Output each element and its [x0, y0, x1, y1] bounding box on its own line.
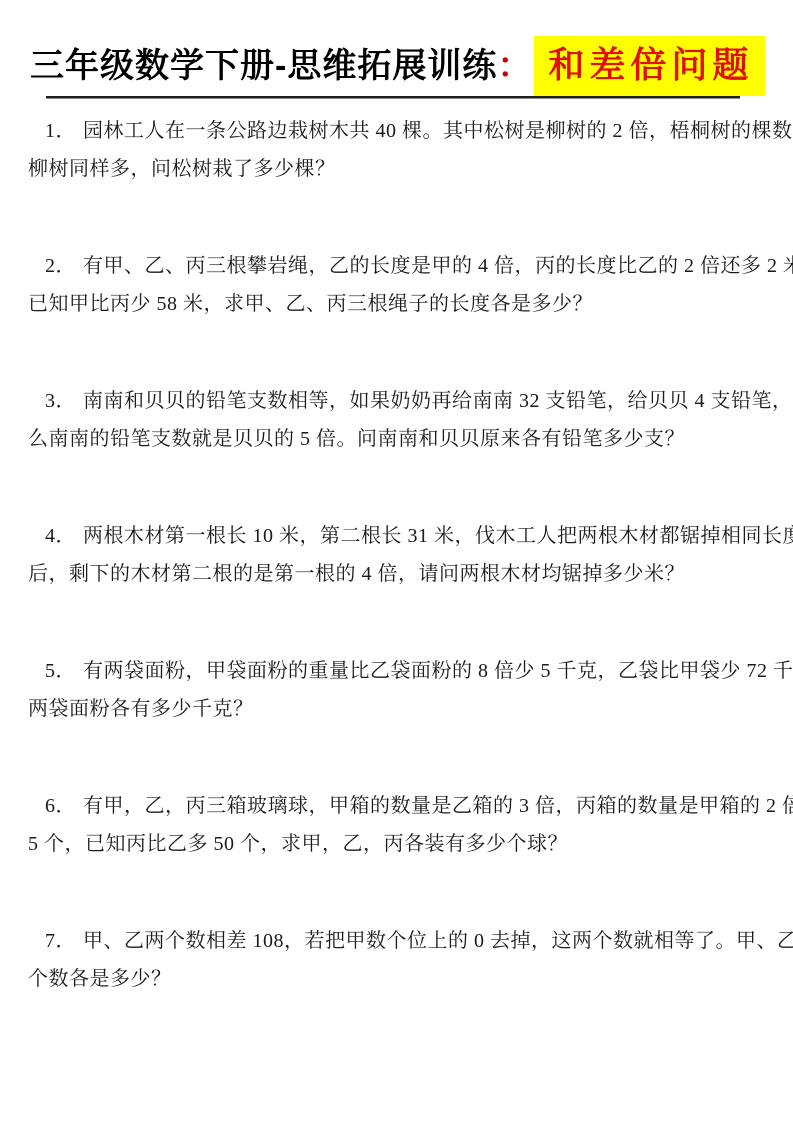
problem-5-line-2: 两袋面粉各有多少千克？ — [28, 690, 748, 728]
title-highlighted-topic: 和差倍问题 — [534, 36, 765, 96]
problem-6: 6．有甲，乙，丙三箱玻璃球，甲箱的数量是乙箱的 3 倍，丙箱的数量是甲箱的 2 … — [28, 787, 748, 863]
problem-7: 7．甲、乙两个数相差 108，若把甲数个位上的 0 去掉，这两个数就相等了。甲、… — [28, 922, 748, 998]
problem-3: 3．南南和贝贝的铅笔支数相等，如果奶奶再给南南 32 支铅笔，给贝贝 4 支铅笔… — [28, 382, 748, 458]
problem-2-number: 2． — [45, 247, 76, 285]
problem-3-text: 南南和贝贝的铅笔支数相等，如果奶奶再给南南 32 支铅笔，给贝贝 4 支铅笔，那 — [83, 390, 793, 412]
title-colon: ： — [497, 47, 532, 85]
problem-4-line-2: 后，剩下的木材第二根的是第一根的 4 倍，请问两根木材均锯掉多少米？ — [28, 555, 748, 593]
problem-1-line-1: 1．园林工人在一条公路边栽树木共 40 棵。其中松树是柳树的 2 倍，梧桐树的棵… — [28, 112, 748, 150]
problem-4: 4．两根木材第一根长 10 米，第二根长 31 米，伐木工人把两根木材都锯掉相同… — [28, 517, 748, 593]
problem-7-line-1: 7．甲、乙两个数相差 108，若把甲数个位上的 0 去掉，这两个数就相等了。甲、… — [28, 922, 748, 960]
problem-6-line-1: 6．有甲，乙，丙三箱玻璃球，甲箱的数量是乙箱的 3 倍，丙箱的数量是甲箱的 2 … — [28, 787, 748, 825]
problem-5-number: 5． — [45, 652, 76, 690]
problem-2-text: 有甲、乙、丙三根攀岩绳，乙的长度是甲的 4 倍，丙的长度比乙的 2 倍还多 2 … — [83, 255, 793, 277]
problem-4-line-1: 4．两根木材第一根长 10 米，第二根长 31 米，伐木工人把两根木材都锯掉相同… — [28, 517, 748, 555]
problem-7-line-2: 个数各是多少？ — [28, 960, 748, 998]
problem-1-text: 园林工人在一条公路边栽树木共 40 棵。其中松树是柳树的 2 倍，梧桐树的棵数与 — [83, 120, 793, 142]
problem-5-line-1: 5．有两袋面粉，甲袋面粉的重量比乙袋面粉的 8 倍少 5 千克，乙袋比甲袋少 7… — [28, 652, 748, 690]
problem-list: 1．园林工人在一条公路边栽树木共 40 棵。其中松树是柳树的 2 倍，梧桐树的棵… — [28, 112, 748, 1057]
problem-2-line-1: 2．有甲、乙、丙三根攀岩绳，乙的长度是甲的 4 倍，丙的长度比乙的 2 倍还多 … — [28, 247, 748, 285]
problem-5: 5．有两袋面粉，甲袋面粉的重量比乙袋面粉的 8 倍少 5 千克，乙袋比甲袋少 7… — [28, 652, 748, 728]
title-underline-divider — [46, 96, 740, 99]
problem-4-text: 两根木材第一根长 10 米，第二根长 31 米，伐木工人把两根木材都锯掉相同长度… — [83, 525, 793, 547]
problem-1: 1．园林工人在一条公路边栽树木共 40 棵。其中松树是柳树的 2 倍，梧桐树的棵… — [28, 112, 748, 188]
problem-1-number: 1． — [45, 112, 76, 150]
problem-3-line-2: 么南南的铅笔支数就是贝贝的 5 倍。问南南和贝贝原来各有铅笔多少支？ — [28, 420, 748, 458]
worksheet-page: 三年级数学下册-思维拓展训练：和差倍问题 1．园林工人在一条公路边栽树木共 40… — [0, 0, 793, 1122]
problem-6-number: 6． — [45, 787, 76, 825]
problem-1-line-2: 柳树同样多，问松树栽了多少棵？ — [28, 150, 748, 188]
problem-7-text: 甲、乙两个数相差 108，若把甲数个位上的 0 去掉，这两个数就相等了。甲、乙两 — [83, 930, 793, 952]
problem-4-number: 4． — [45, 517, 76, 555]
problem-2: 2．有甲、乙、丙三根攀岩绳，乙的长度是甲的 4 倍，丙的长度比乙的 2 倍还多 … — [28, 247, 748, 323]
problem-3-number: 3． — [45, 382, 76, 420]
problem-3-line-1: 3．南南和贝贝的铅笔支数相等，如果奶奶再给南南 32 支铅笔，给贝贝 4 支铅笔… — [28, 382, 748, 420]
problem-2-line-2: 已知甲比丙少 58 米，求甲、乙、丙三根绳子的长度各是多少？ — [28, 285, 748, 323]
problem-7-number: 7． — [45, 922, 76, 960]
problem-5-text: 有两袋面粉，甲袋面粉的重量比乙袋面粉的 8 倍少 5 千克，乙袋比甲袋少 72 … — [83, 660, 793, 682]
problem-6-text: 有甲，乙，丙三箱玻璃球，甲箱的数量是乙箱的 3 倍，丙箱的数量是甲箱的 2 倍多 — [83, 795, 793, 817]
title-black-text: 三年级数学下册-思维拓展训练 — [30, 47, 497, 85]
page-title: 三年级数学下册-思维拓展训练：和差倍问题 — [30, 36, 793, 96]
problem-6-line-2: 5 个，已知丙比乙多 50 个，求甲，乙，丙各装有多少个球？ — [28, 825, 748, 863]
